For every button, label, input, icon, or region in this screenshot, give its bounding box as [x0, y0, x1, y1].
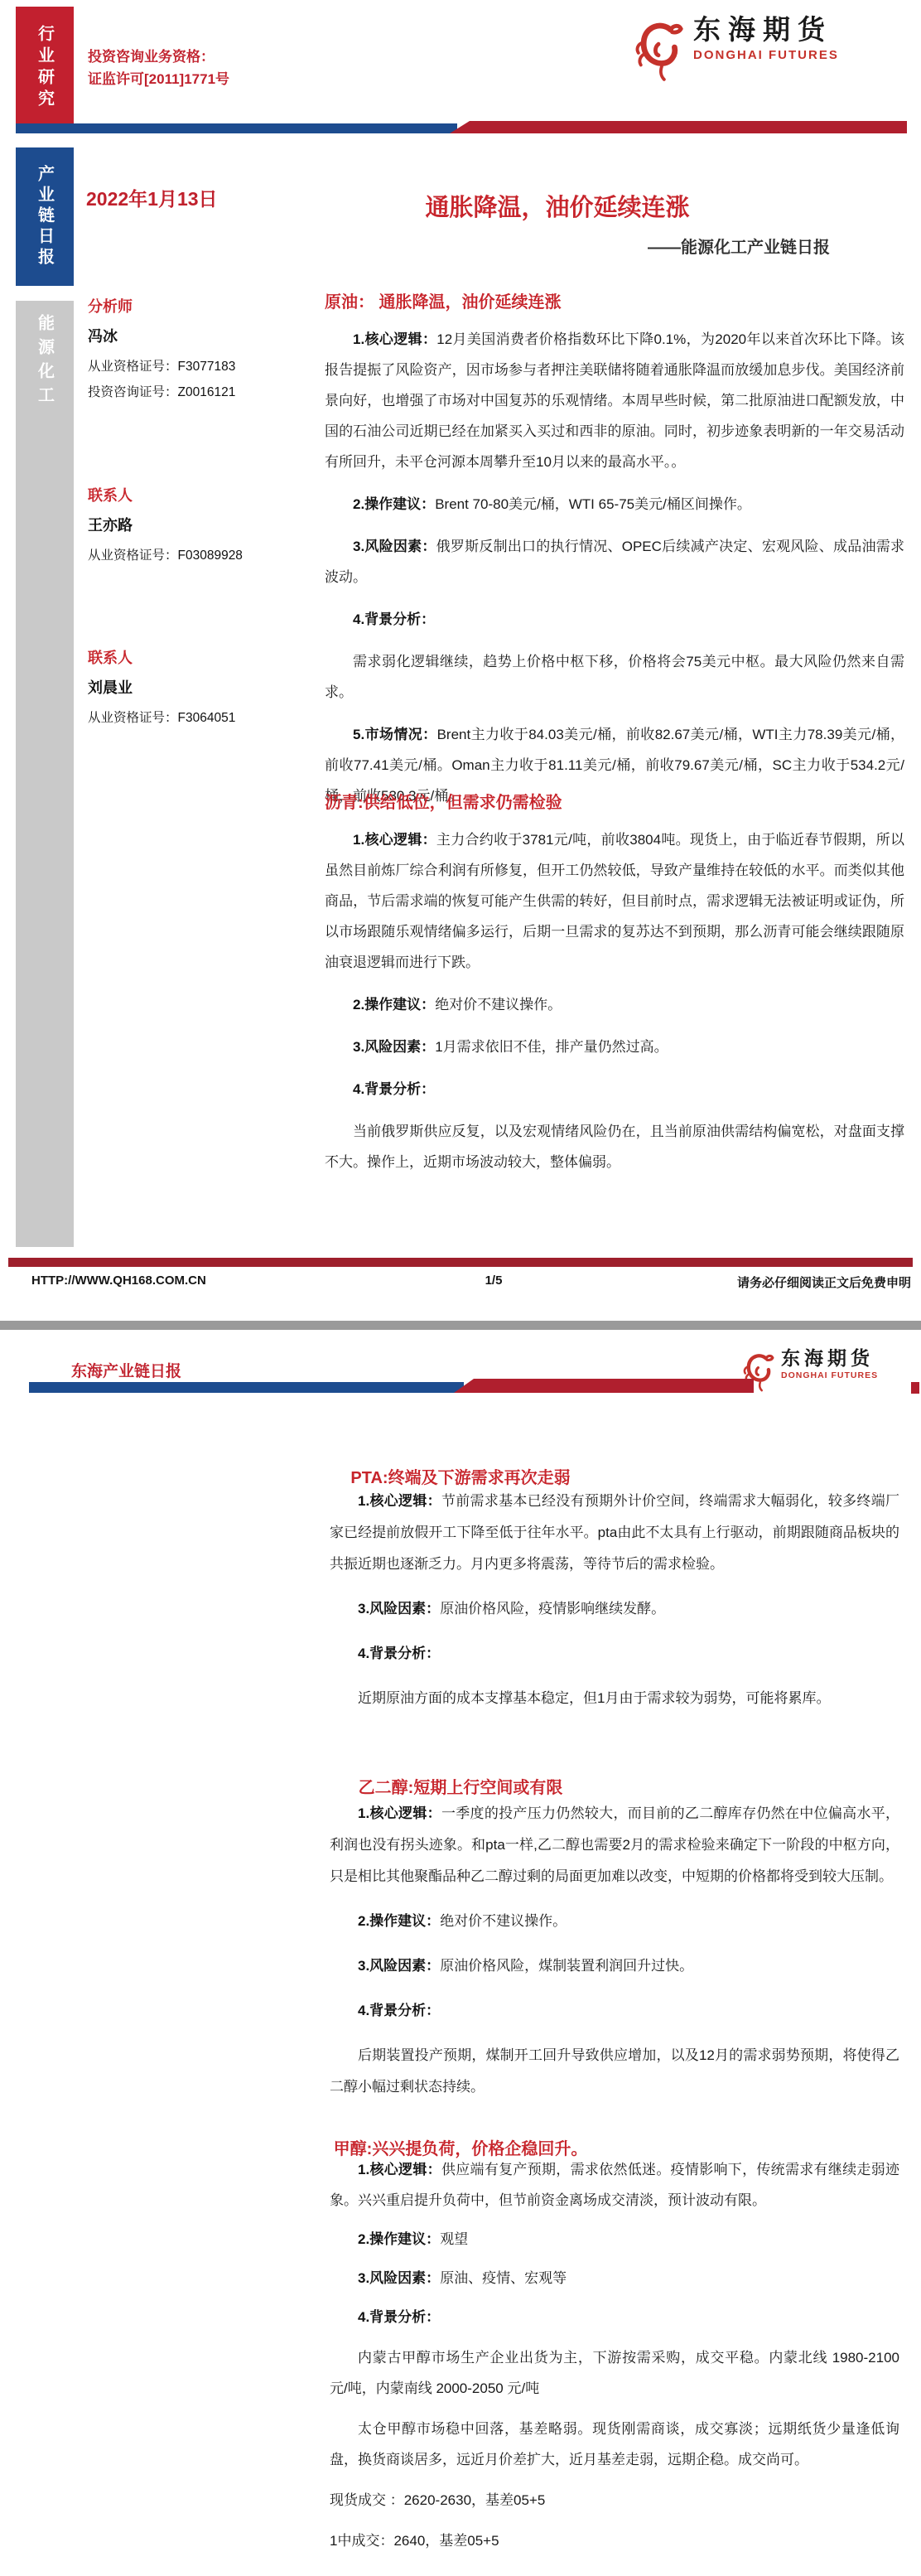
- report-paragraph: 4.背景分析：: [325, 604, 904, 635]
- para-text: 现货成交 ：2620-2630，基差05+5: [330, 2492, 545, 2508]
- report-date: 2022年1月13日: [86, 184, 218, 211]
- footer-page-number: 1/5: [419, 1274, 568, 1288]
- staff-cert: 从业资格证号：F3077183: [88, 354, 320, 379]
- para-label: 2.操作建议：: [353, 496, 435, 512]
- page2-header-bar-red: [454, 1379, 754, 1393]
- para-text: 1中成交：2640，基差05+5: [330, 2533, 499, 2549]
- para-label: 3.风险因素：: [353, 1039, 435, 1055]
- report-paragraph: 近期原油方面的成本支撑基本稳定，但1月由于需求较为弱势，可能将累库。: [330, 1683, 899, 1714]
- page2-header-bar-blue: [29, 1382, 464, 1393]
- section-heading: PTA:终端及下游需求再次走弱: [0, 1464, 921, 1488]
- footer-bar: [8, 1258, 913, 1267]
- para-label: 1.核心逻辑：: [353, 331, 436, 347]
- donghai-logo: 东海期货 DONGHAI FUTURES: [634, 17, 839, 83]
- contact-block: 联系人 王亦路 从业资格证号：F03089928: [88, 484, 320, 568]
- staff-role: 分析师: [88, 295, 320, 317]
- report-paragraph: 3.风险因素：1月需求依旧不佳，排产量仍然过高。: [325, 1032, 904, 1062]
- para-label: 1.核心逻辑：: [358, 1493, 441, 1509]
- para-text: 绝对价不建议操作。: [435, 997, 562, 1013]
- para-text: 12月美国消费者价格指数环比下降0.1%，为2020年以来首次环比下降。该报告提…: [325, 331, 904, 470]
- side-tag-label: 能源化工: [33, 314, 57, 410]
- para-label: 3.风险因素：: [358, 2270, 440, 2286]
- para-label: 1.核心逻辑：: [353, 832, 436, 848]
- section-methanol: 1.核心逻辑：供应端有复产预期，需求依然低迷。疫情影响下，传统需求有继续走弱迹象…: [330, 2154, 899, 2564]
- footer-url: HTTP://WWW.QH168.COM.CN: [31, 1274, 206, 1288]
- para-text: 近期原油方面的成本支撑基本稳定，但1月由于需求较为弱势，可能将累库。: [358, 1690, 830, 1706]
- report-paragraph: 4.背景分析：: [330, 2302, 899, 2332]
- report-paragraph: 3.风险因素：俄罗斯反制出口的执行情况、OPEC后续减产决定、宏观风险、成品油需…: [325, 531, 904, 592]
- report-paragraph: 后期装置投产预期，煤制开工回升导致供应增加，以及12月的需求弱势预期，将使得乙二…: [330, 2040, 899, 2103]
- para-label: 4.背景分析：: [358, 2309, 440, 2325]
- report-paragraph: 3.风险因素：原油、疫情、宏观等: [330, 2263, 899, 2293]
- section-pta: 1.核心逻辑：节前需求基本已经没有预期外计价空间，终端需求大幅弱化，较多终端厂家…: [330, 1486, 899, 1728]
- report-tag-banner: 产业链日报: [16, 147, 74, 286]
- para-text: 原油价格风险，煤制装置利润回升过快。: [440, 1958, 693, 1974]
- para-text: 当前俄罗斯供应反复，以及宏观情绪风险仍在，且当前原油供需结构偏宽松，对盘面支撑不…: [325, 1124, 904, 1170]
- report-paragraph: 2.操作建议：绝对价不建议操作。: [325, 989, 904, 1020]
- staff-role: 联系人: [88, 484, 320, 505]
- para-text: 需求弱化逻辑继续，趋势上价格中枢下移，价格将会75美元中枢。最大风险仍然来自需求…: [325, 654, 904, 700]
- report-title: 通胀降温，油价延续连涨: [284, 189, 831, 223]
- report-paragraph: 3.风险因素：原油价格风险，疫情影响继续发酵。: [330, 1593, 899, 1625]
- logo-en-text: DONGHAI FUTURES: [693, 49, 839, 62]
- logo-en-text: DONGHAI FUTURES: [781, 1371, 878, 1380]
- report-subtitle: ——能源化工产业链日报: [497, 234, 830, 258]
- para-label: 4.背景分析：: [353, 611, 435, 627]
- para-label: 5.市场情况：: [353, 727, 437, 742]
- report-tag-label: 产业链日报: [33, 165, 57, 268]
- staff-name: 冯冰: [88, 325, 320, 346]
- section-meg: 1.核心逻辑：一季度的投产压力仍然较大，而目前的乙二醇库存仍然在中位偏高水平，利…: [330, 1798, 899, 2116]
- staff-cert: 从业资格证号：F3064051: [88, 705, 320, 731]
- para-label: 3.风险因素：: [358, 1958, 440, 1974]
- donghai-logo-small: 东海期货 DONGHAI FUTURES: [742, 1349, 878, 1394]
- qualification-line2: 证监许可[2011]1771号: [88, 68, 229, 90]
- report-paragraph: 1中成交：2640，基差05+5: [330, 2525, 899, 2556]
- section-heading: 乙二醇:短期上行空间或有限: [0, 1774, 921, 1798]
- report-paragraph: 3.风险因素：原油价格风险，煤制装置利润回升过快。: [330, 1950, 899, 1982]
- report-document: 行业研究 投资咨询业务资格： 证监许可[2011]1771号 东海期货 DONG…: [0, 0, 921, 2576]
- section-heading: 原油： 通胀降温，油价延续连涨: [325, 288, 904, 312]
- report-paragraph: 当前俄罗斯供应反复，以及宏观情绪风险仍在，且当前原油供需结构偏宽松，对盘面支撑不…: [325, 1116, 904, 1177]
- page2-header-bar-dot: [911, 1382, 919, 1394]
- analyst-block: 分析师 冯冰 从业资格证号：F3077183 投资咨询证号：Z0016121: [88, 295, 320, 405]
- staff-role: 联系人: [88, 646, 320, 668]
- category-banner-label: 行业研究: [33, 25, 57, 111]
- para-text: 主力合约收于3781元/吨，前收3804吨。现货上，由于临近春节假期，所以虽然目…: [325, 832, 904, 970]
- para-label: 2.操作建议：: [358, 1913, 440, 1929]
- section-asphalt: 沥青:供给低位，但需求仍需检验 1.核心逻辑：主力合约收于3781元/吨，前收3…: [325, 789, 904, 1189]
- para-label: 2.操作建议：: [358, 2231, 440, 2247]
- staff-name: 刘晨业: [88, 676, 320, 698]
- para-label: 1.核心逻辑：: [358, 2162, 441, 2177]
- report-paragraph: 2.操作建议：观望: [330, 2224, 899, 2255]
- report-paragraph: 2.操作建议：Brent 70-80美元/桶，WTI 65-75美元/桶区间操作…: [325, 489, 904, 520]
- qualification-text: 投资咨询业务资格： 证监许可[2011]1771号: [88, 46, 229, 90]
- staff-name: 王亦路: [88, 514, 320, 535]
- para-label: 1.核心逻辑：: [358, 1805, 441, 1821]
- para-text: 原油价格风险，疫情影响继续发酵。: [440, 1601, 665, 1617]
- para-text: 绝对价不建议操作。: [440, 1913, 567, 1929]
- report-paragraph: 1.核心逻辑：主力合约收于3781元/吨，前收3804吨。现货上，由于临近春节假…: [325, 824, 904, 978]
- logo-cn-text: 东海期货: [781, 1349, 878, 1369]
- logo-cn-text: 东海期货: [693, 17, 839, 46]
- report-paragraph: 1.核心逻辑：供应端有复产预期，需求依然低迷。疫情影响下，传统需求有继续走弱迹象…: [330, 2154, 899, 2216]
- page-separator: [0, 1321, 921, 1330]
- header-bar-blue: [16, 123, 457, 133]
- para-label: 3.风险因素：: [358, 1601, 440, 1617]
- report-paragraph: 1.核心逻辑：节前需求基本已经没有预期外计价空间，终端需求大幅弱化，较多终端厂家…: [330, 1486, 899, 1580]
- qualification-line1: 投资咨询业务资格：: [88, 46, 229, 68]
- report-paragraph: 2.操作建议：绝对价不建议操作。: [330, 1906, 899, 1937]
- para-label: 3.风险因素：: [353, 539, 436, 554]
- report-paragraph: 4.背景分析：: [325, 1074, 904, 1104]
- section-crude-oil: 原油： 通胀降温，油价延续连涨 1.核心逻辑：12月美国消费者价格指数环比下降0…: [325, 288, 904, 823]
- para-text: 内蒙古甲醇市场生产企业出货为主，下游按需采购，成交平稳。内蒙北线 1980-21…: [330, 2350, 899, 2396]
- para-text: 原油、疫情、宏观等: [440, 2270, 567, 2286]
- para-text: 1月需求依旧不佳，排产量仍然过高。: [435, 1039, 668, 1055]
- contact-block: 联系人 刘晨业 从业资格证号：F3064051: [88, 646, 320, 731]
- report-paragraph: 4.背景分析：: [330, 1638, 899, 1670]
- report-paragraph: 4.背景分析：: [330, 1995, 899, 2027]
- report-paragraph: 需求弱化逻辑继续，趋势上价格中枢下移，价格将会75美元中枢。最大风险仍然来自需求…: [325, 646, 904, 708]
- page2-header-title: 东海产业链日报: [71, 1359, 181, 1381]
- report-paragraph: 内蒙古甲醇市场生产企业出货为主，下游按需采购，成交平稳。内蒙北线 1980-21…: [330, 2342, 899, 2404]
- footer-notice: 请务必仔细阅读正文后免费申明: [580, 1274, 911, 1291]
- staff-cert: 投资咨询证号：Z0016121: [88, 379, 320, 405]
- para-label: 4.背景分析：: [358, 1646, 440, 1661]
- report-paragraph: 现货成交 ：2620-2630，基差05+5: [330, 2485, 899, 2516]
- report-paragraph: 太仓甲醇市场稳中回落，基差略弱。现货刚需商谈，成交寡淡；远期纸货少量逢低询盘，换…: [330, 2414, 899, 2475]
- report-paragraph: 1.核心逻辑：12月美国消费者价格指数环比下降0.1%，为2020年以来首次环比…: [325, 324, 904, 477]
- para-label: 2.操作建议：: [353, 997, 435, 1013]
- para-label: 4.背景分析：: [353, 1081, 435, 1097]
- report-paragraph: 1.核心逻辑：一季度的投产压力仍然较大，而目前的乙二醇库存仍然在中位偏高水平，利…: [330, 1798, 899, 1892]
- side-tag-banner: 能源化工: [16, 301, 74, 1247]
- header-bar-red: [450, 121, 907, 133]
- para-text: 观望: [440, 2231, 468, 2247]
- para-text: Brent 70-80美元/桶，WTI 65-75美元/桶区间操作。: [435, 496, 751, 512]
- section-heading: 沥青:供给低位，但需求仍需检验: [325, 789, 904, 813]
- category-banner: 行业研究: [16, 7, 74, 128]
- para-text: 后期装置投产预期，煤制开工回升导致供应增加，以及12月的需求弱势预期，将使得乙二…: [330, 2047, 899, 2095]
- para-label: 4.背景分析：: [358, 2003, 440, 2018]
- para-text: 太仓甲醇市场稳中回落，基差略弱。现货刚需商谈，成交寡淡；远期纸货少量逢低询盘，换…: [330, 2421, 899, 2467]
- staff-cert: 从业资格证号：F03089928: [88, 543, 320, 568]
- dragon-icon: [634, 17, 685, 83]
